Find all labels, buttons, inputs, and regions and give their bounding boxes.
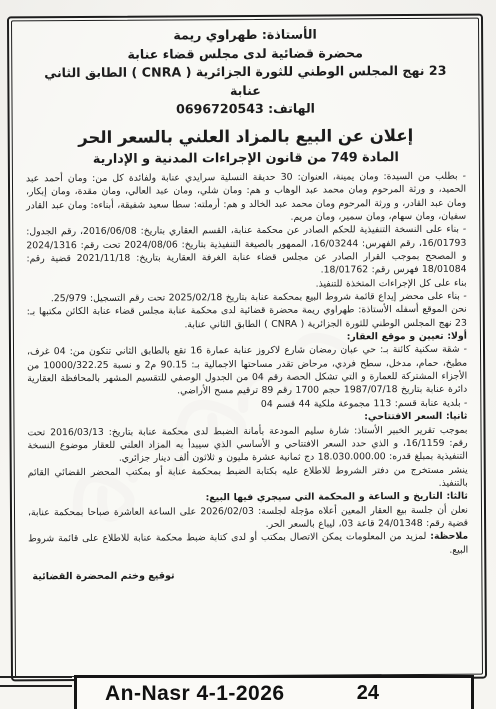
notice-subtitle: المادة 749 من قانون الإجراءات المدنية و … [26,149,466,169]
paragraph-expert-price: بموجب تقرير الخبير الأستاذ: شارة سليم ال… [27,423,467,466]
notice-title: إعلان عن البيع بالمزاد العلني بالسعر الح… [26,125,466,150]
signature-line: توقيع وختم المحضرة القضائية [28,569,468,583]
notice-content: الأستاذة: طهراوي ريمة محضرة قضائية لدى م… [11,18,483,678]
paragraph-property-description: - شقة سكنية كائنة بـ: حي عبان رمضان شارع… [27,343,467,399]
page-number: 24 [357,682,379,705]
publication-name: An-Nasr 4-1-2026 [105,682,285,706]
paragraph-judgment: - بناء على النسخة التنفيذية للحكم الصادر… [26,223,466,279]
paragraph-request: - بطلب من السيدة: ومان يمينة، العنوان: 3… [26,170,466,226]
paragraph-note: ملاحظة: لمزيد من المعلومات يمكن الاتصال … [28,530,468,559]
notice-body: - بطلب من السيدة: ومان يمينة، العنوان: 3… [26,170,468,560]
paragraph-undersigned: نحن الموقع أسفله الأستاذة: طهراوي ريمة م… [27,303,467,332]
page-edge-rules [0,676,72,687]
office-phone: الهاتف: 0696720543 [25,99,465,120]
office-address: 23 نهج المجلس الوطني للثورة الجزائرية ( … [25,62,465,83]
paragraph-session: نعلن أن جلسة بيع العقار المعين أعلاه مؤج… [28,503,468,532]
paragraph-conditions-register: ينشر مستخرج من دفتر الشروط للاطلاع عليه … [28,463,468,492]
note-label: ملاحظة: [430,531,468,542]
notice-frame: الأستاذة: طهراوي ريمة محضرة قضائية لدى م… [7,14,487,682]
note-text: لمزيد من المعلومات يمكن الاتصال بمكتب أو… [28,531,468,555]
footer-bar: An-Nasr 4-1-2026 24 [74,675,474,709]
